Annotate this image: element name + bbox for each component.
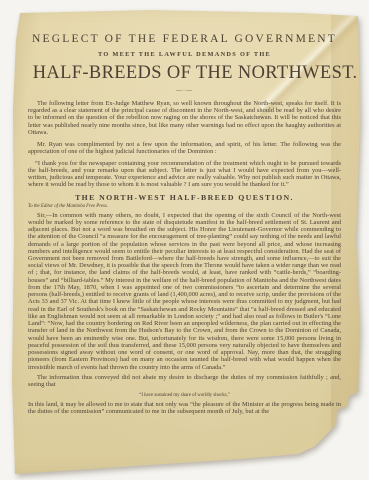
document-content: NEGLECT OF THE FEDERAL GOVERNMENT TO MEE… <box>28 33 341 420</box>
letter-addressee: To the Editor of the Manitoba Free Press… <box>28 204 341 209</box>
testimonial-quote: “I thank you for the newspaper containin… <box>28 160 341 189</box>
masthead-line-1: NEGLECT OF THE FEDERAL GOVERNMENT <box>28 33 341 45</box>
letter-verse-quote: “I have sustained my share of worldly sh… <box>28 393 341 398</box>
masthead-line-2: TO MEET THE LAWFUL DEMANDS OF THE <box>28 51 341 58</box>
letter-heading: THE NORTH-WEST HALF-BREED QUESTION. <box>28 193 341 202</box>
divider-ornament: —·— <box>28 88 341 94</box>
letter-continuation-paragraph: In this land, it may be allowed to me to… <box>28 401 341 415</box>
intro-paragraph-2: Mr. Ryan was complimented by not a few u… <box>28 141 341 155</box>
masthead-line-3: HALF-BREEDS OF THE NORTHWEST. <box>33 62 337 84</box>
letter-body-paragraph: Sir,—In common with many others, no doub… <box>28 212 341 371</box>
intro-paragraph-1: The following letter from Ex-Judge Matth… <box>28 100 341 136</box>
scanned-broadside-screenshot: NEGLECT OF THE FEDERAL GOVERNMENT TO MEE… <box>0 0 369 480</box>
paper-shadow: NEGLECT OF THE FEDERAL GOVERNMENT TO MEE… <box>0 0 369 480</box>
paper-sheet: NEGLECT OF THE FEDERAL GOVERNMENT TO MEE… <box>0 0 369 480</box>
letter-closing-paragraph: The information thus conveyed did not ab… <box>28 374 341 388</box>
